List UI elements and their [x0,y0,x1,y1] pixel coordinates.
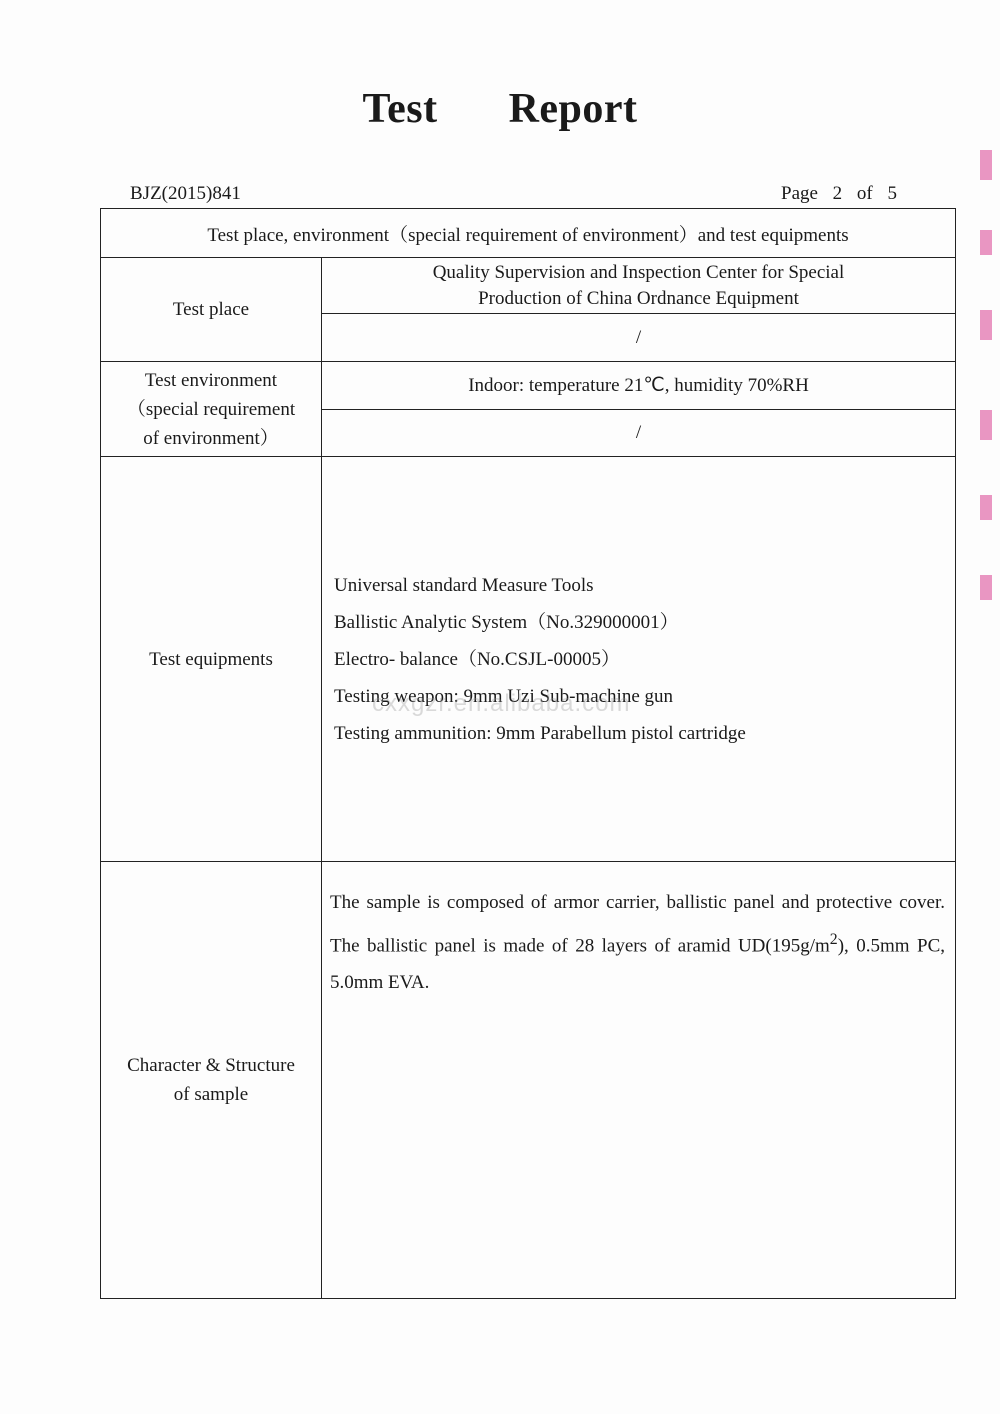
test-place-extra: / [322,313,955,361]
test-environment-value: Indoor: temperature 21℃, humidity 70%RH [322,362,955,409]
equipment-item: Electro- balance（No.CSJL-00005） [334,641,620,678]
row-test-place: Test place Quality Supervision and Inspe… [101,257,955,361]
stamp-mark [980,150,992,180]
test-environment-extra: / [322,409,955,456]
equipment-item: Universal standard Measure Tools [334,567,594,604]
page-indicator: Page 2 of 5 [781,183,897,205]
stamp-mark [980,310,992,340]
stamp-mark [980,575,992,600]
section-heading: Test place, environment（special requirem… [101,209,955,257]
row-test-equipments: Test equipments Universal standard Measu… [101,456,955,861]
test-place-value: Quality Supervision and Inspection Cente… [322,258,955,313]
report-table: Test place, environment（special requirem… [100,208,956,1299]
test-environment-label: Test environment （special requirement of… [101,362,322,456]
row-sample: Character & Structure of sample The samp… [101,861,955,1298]
sample-description: The sample is composed of armor carrier,… [322,862,955,1001]
sample-label: Character & Structure of sample [101,862,322,1298]
test-equipments-label: Test equipments [101,457,322,861]
equipment-list: Universal standard Measure Tools Ballist… [322,457,955,861]
watermark: cxxgzr.en.alibaba.com [372,690,630,718]
equipment-item: Ballistic Analytic System（No.329000001） [334,604,679,641]
page-title: Test Report [0,85,1000,133]
stamp-mark [980,410,992,440]
stamp-mark [980,230,992,255]
equipment-item: Testing ammunition: 9mm Parabellum pisto… [334,715,746,752]
report-number: BJZ(2015)841 [130,183,241,205]
test-place-label: Test place [101,258,322,361]
stamp-mark [980,495,992,520]
row-test-environment: Test environment （special requirement of… [101,361,955,456]
